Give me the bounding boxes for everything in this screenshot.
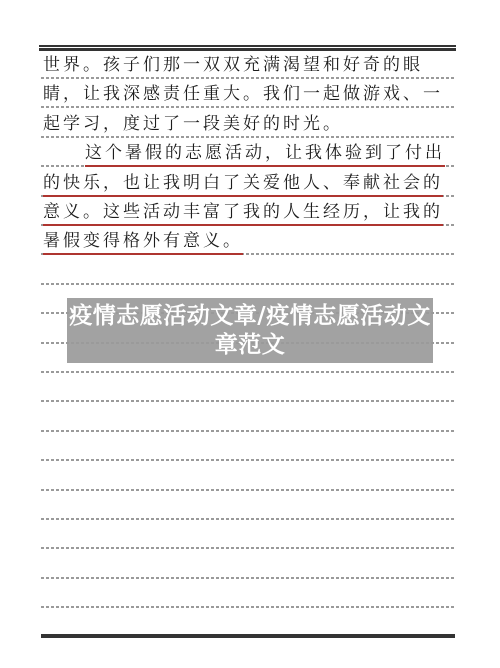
ruled-line (41, 459, 456, 461)
ruled-line (41, 547, 456, 549)
bottom-rule (41, 634, 455, 638)
ruled-line (41, 606, 456, 608)
handwriting-row: 这个暑假的志愿活动，让我体验到了付出 (85, 141, 445, 165)
ruled-line (41, 577, 456, 579)
row-text: 暑假变得格外有意义。 (43, 229, 243, 255)
row-text: 起学习，度过了一段美好的时光。 (43, 112, 343, 136)
ruled-line (41, 77, 456, 79)
row-text: 世界。孩子们那一双双充满渴望和好奇的眼 (43, 53, 423, 77)
handwriting-row: 世界。孩子们那一双双充满渴望和好奇的眼 (43, 53, 423, 77)
handwriting-row: 起学习，度过了一段美好的时光。 (43, 112, 343, 136)
ruled-line (41, 283, 456, 285)
row-text: 睛，让我深感责任重大。我们一起做游戏、一 (43, 82, 443, 106)
ruled-line (41, 489, 456, 491)
ruled-line (41, 106, 456, 108)
banner-title: 疫情志愿活动文章/疫情志愿活动文章范文 (67, 302, 433, 360)
row-text: 这个暑假的志愿活动，让我体验到了付出 (85, 141, 445, 167)
ruled-line (41, 136, 456, 138)
handwriting-row: 睛，让我深感责任重大。我们一起做游戏、一 (43, 82, 443, 106)
handwriting-row: 暑假变得格外有意义。 (43, 229, 243, 253)
ruled-line (41, 400, 456, 402)
notebook-page: 疫情志愿活动文章/疫情志愿活动文章范文 世界。孩子们那一双双充满渴望和好奇的眼睛… (0, 0, 500, 668)
ruled-line (41, 430, 456, 432)
ruled-line (41, 518, 456, 520)
handwriting-row: 意义。这些活动丰富了我的人生经历，让我的 (43, 200, 443, 224)
row-text: 意义。这些活动丰富了我的人生经历，让我的 (43, 200, 443, 226)
ruled-line (41, 371, 456, 373)
row-text: 的快乐，也让我明白了关爱他人、奉献社会的 (43, 171, 443, 197)
top-double-rule (39, 45, 456, 51)
title-banner: 疫情志愿活动文章/疫情志愿活动文章范文 (67, 298, 433, 363)
handwriting-row: 的快乐，也让我明白了关爱他人、奉献社会的 (43, 171, 443, 195)
